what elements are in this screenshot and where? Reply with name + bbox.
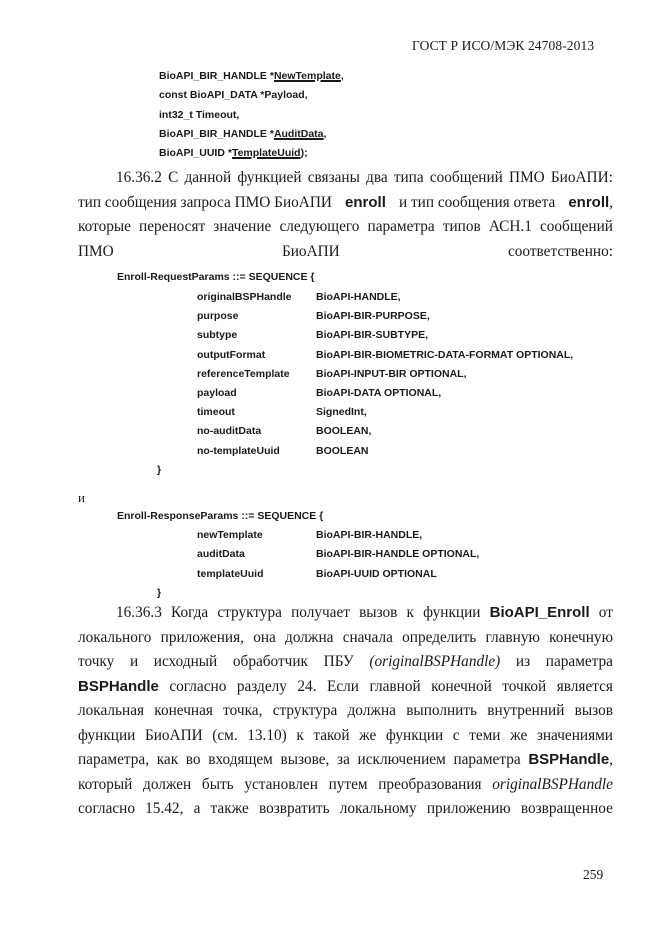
paragraph-line: параметра, как во входящем вызове, за ис… (78, 748, 613, 773)
field-name: purpose (197, 310, 238, 322)
request-params-close-brace: } (157, 464, 161, 476)
field-name: no-templateUuid (197, 445, 280, 457)
paragraph-line: 16.36.3 Когда структура получает вызов к… (78, 601, 613, 626)
field-type: BioAPI-BIR-BIOMETRIC-DATA-FORMAT OPTIONA… (316, 349, 573, 361)
paragraph-line: согласно 15.42, а также возвратить локал… (78, 797, 613, 822)
paragraph-line: ПМО БиоАПИ соответственно: (78, 240, 613, 265)
response-params-title: Enroll-ResponseParams ::= SEQUENCE { (117, 510, 323, 522)
field-name: no-auditData (197, 425, 261, 437)
field-name: auditData (197, 548, 245, 560)
page-number: 259 (583, 867, 603, 883)
message-type-enroll-response: enroll (568, 194, 609, 211)
paragraph-line: локальная конечная точка, структура долж… (78, 699, 613, 724)
signature-line-template-uuid: BioAPI_UUID *TemplateUuid); (159, 147, 308, 159)
field-name: payload (197, 387, 237, 399)
field-type: BioAPI-HANDLE, (316, 291, 401, 303)
field-name: newTemplate (197, 529, 263, 541)
field-type: BOOLEAN, (316, 425, 371, 437)
paragraph-line: которые переносят значение следующего па… (78, 215, 613, 240)
signature-line-timeout: int32_t Timeout, (159, 109, 239, 121)
field-type: BioAPI-DATA OPTIONAL, (316, 387, 441, 399)
signature-line-new-template: BioAPI_BIR_HANDLE *NewTemplate, (159, 70, 344, 82)
field-name: referenceTemplate (197, 368, 290, 380)
field-name: templateUuid (197, 568, 264, 580)
field-name: subtype (197, 329, 237, 341)
param-original-bsp-handle: originalBSPHandle (492, 773, 613, 798)
field-name: outputFormat (197, 349, 265, 361)
paragraph-line: который должен быть установлен путем пре… (78, 773, 613, 798)
standard-header: ГОСТ Р ИСО/МЭК 24708-2013 (412, 38, 594, 54)
paragraph-line: 16.36.2 С данной функцией связаны два ти… (78, 166, 613, 191)
paragraph-16-36-3: 16.36.3 Когда структура получает вызов к… (78, 601, 613, 822)
field-type: BioAPI-INPUT-BIR OPTIONAL, (316, 368, 467, 380)
function-name-bioapi-enroll: BioAPI_Enroll (490, 601, 590, 626)
field-type: BioAPI-UUID OPTIONAL (316, 568, 437, 580)
field-type: BioAPI-BIR-PURPOSE, (316, 310, 430, 322)
signature-line-audit-data: BioAPI_BIR_HANDLE *AuditData, (159, 128, 326, 140)
signature-line-payload: const BioAPI_DATA *Payload, (159, 89, 308, 101)
field-type: SignedInt, (316, 406, 367, 418)
document-page: ГОСТ Р ИСО/МЭК 24708-2013 BioAPI_BIR_HAN… (0, 0, 662, 935)
field-type: BioAPI-BIR-HANDLE, (316, 529, 422, 541)
response-params-close-brace: } (157, 587, 161, 599)
paragraph-line: тип сообщения запроса ПМО БиоАПИ enroll … (78, 191, 613, 216)
request-params-title: Enroll-RequestParams ::= SEQUENCE { (117, 271, 315, 283)
conjunction: и (78, 490, 85, 506)
message-type-enroll-request: enroll (345, 191, 386, 216)
field-type: BioAPI-BIR-HANDLE OPTIONAL, (316, 548, 479, 560)
paragraph-16-36-2: 16.36.2 С данной функцией связаны два ти… (78, 166, 613, 264)
paragraph-line: точку и исходный обработчик ПБУ (origina… (78, 650, 613, 675)
field-type: BioAPI-BIR-SUBTYPE, (316, 329, 428, 341)
paragraph-line: локального приложения, она должна сначал… (78, 626, 613, 651)
param-original-bsp-handle: (originalBSPHandle) (369, 650, 500, 675)
field-name: originalBSPHandle (197, 291, 292, 303)
param-bsp-handle: BSPHandle (78, 675, 159, 700)
param-bsp-handle: BSPHandle (528, 751, 609, 768)
field-type: BOOLEAN (316, 445, 369, 457)
paragraph-line: функции БиоАПИ (см. 13.10) к такой же фу… (78, 724, 613, 749)
paragraph-line: BSPHandle согласно разделу 24. Если глав… (78, 675, 613, 700)
field-name: timeout (197, 406, 235, 418)
